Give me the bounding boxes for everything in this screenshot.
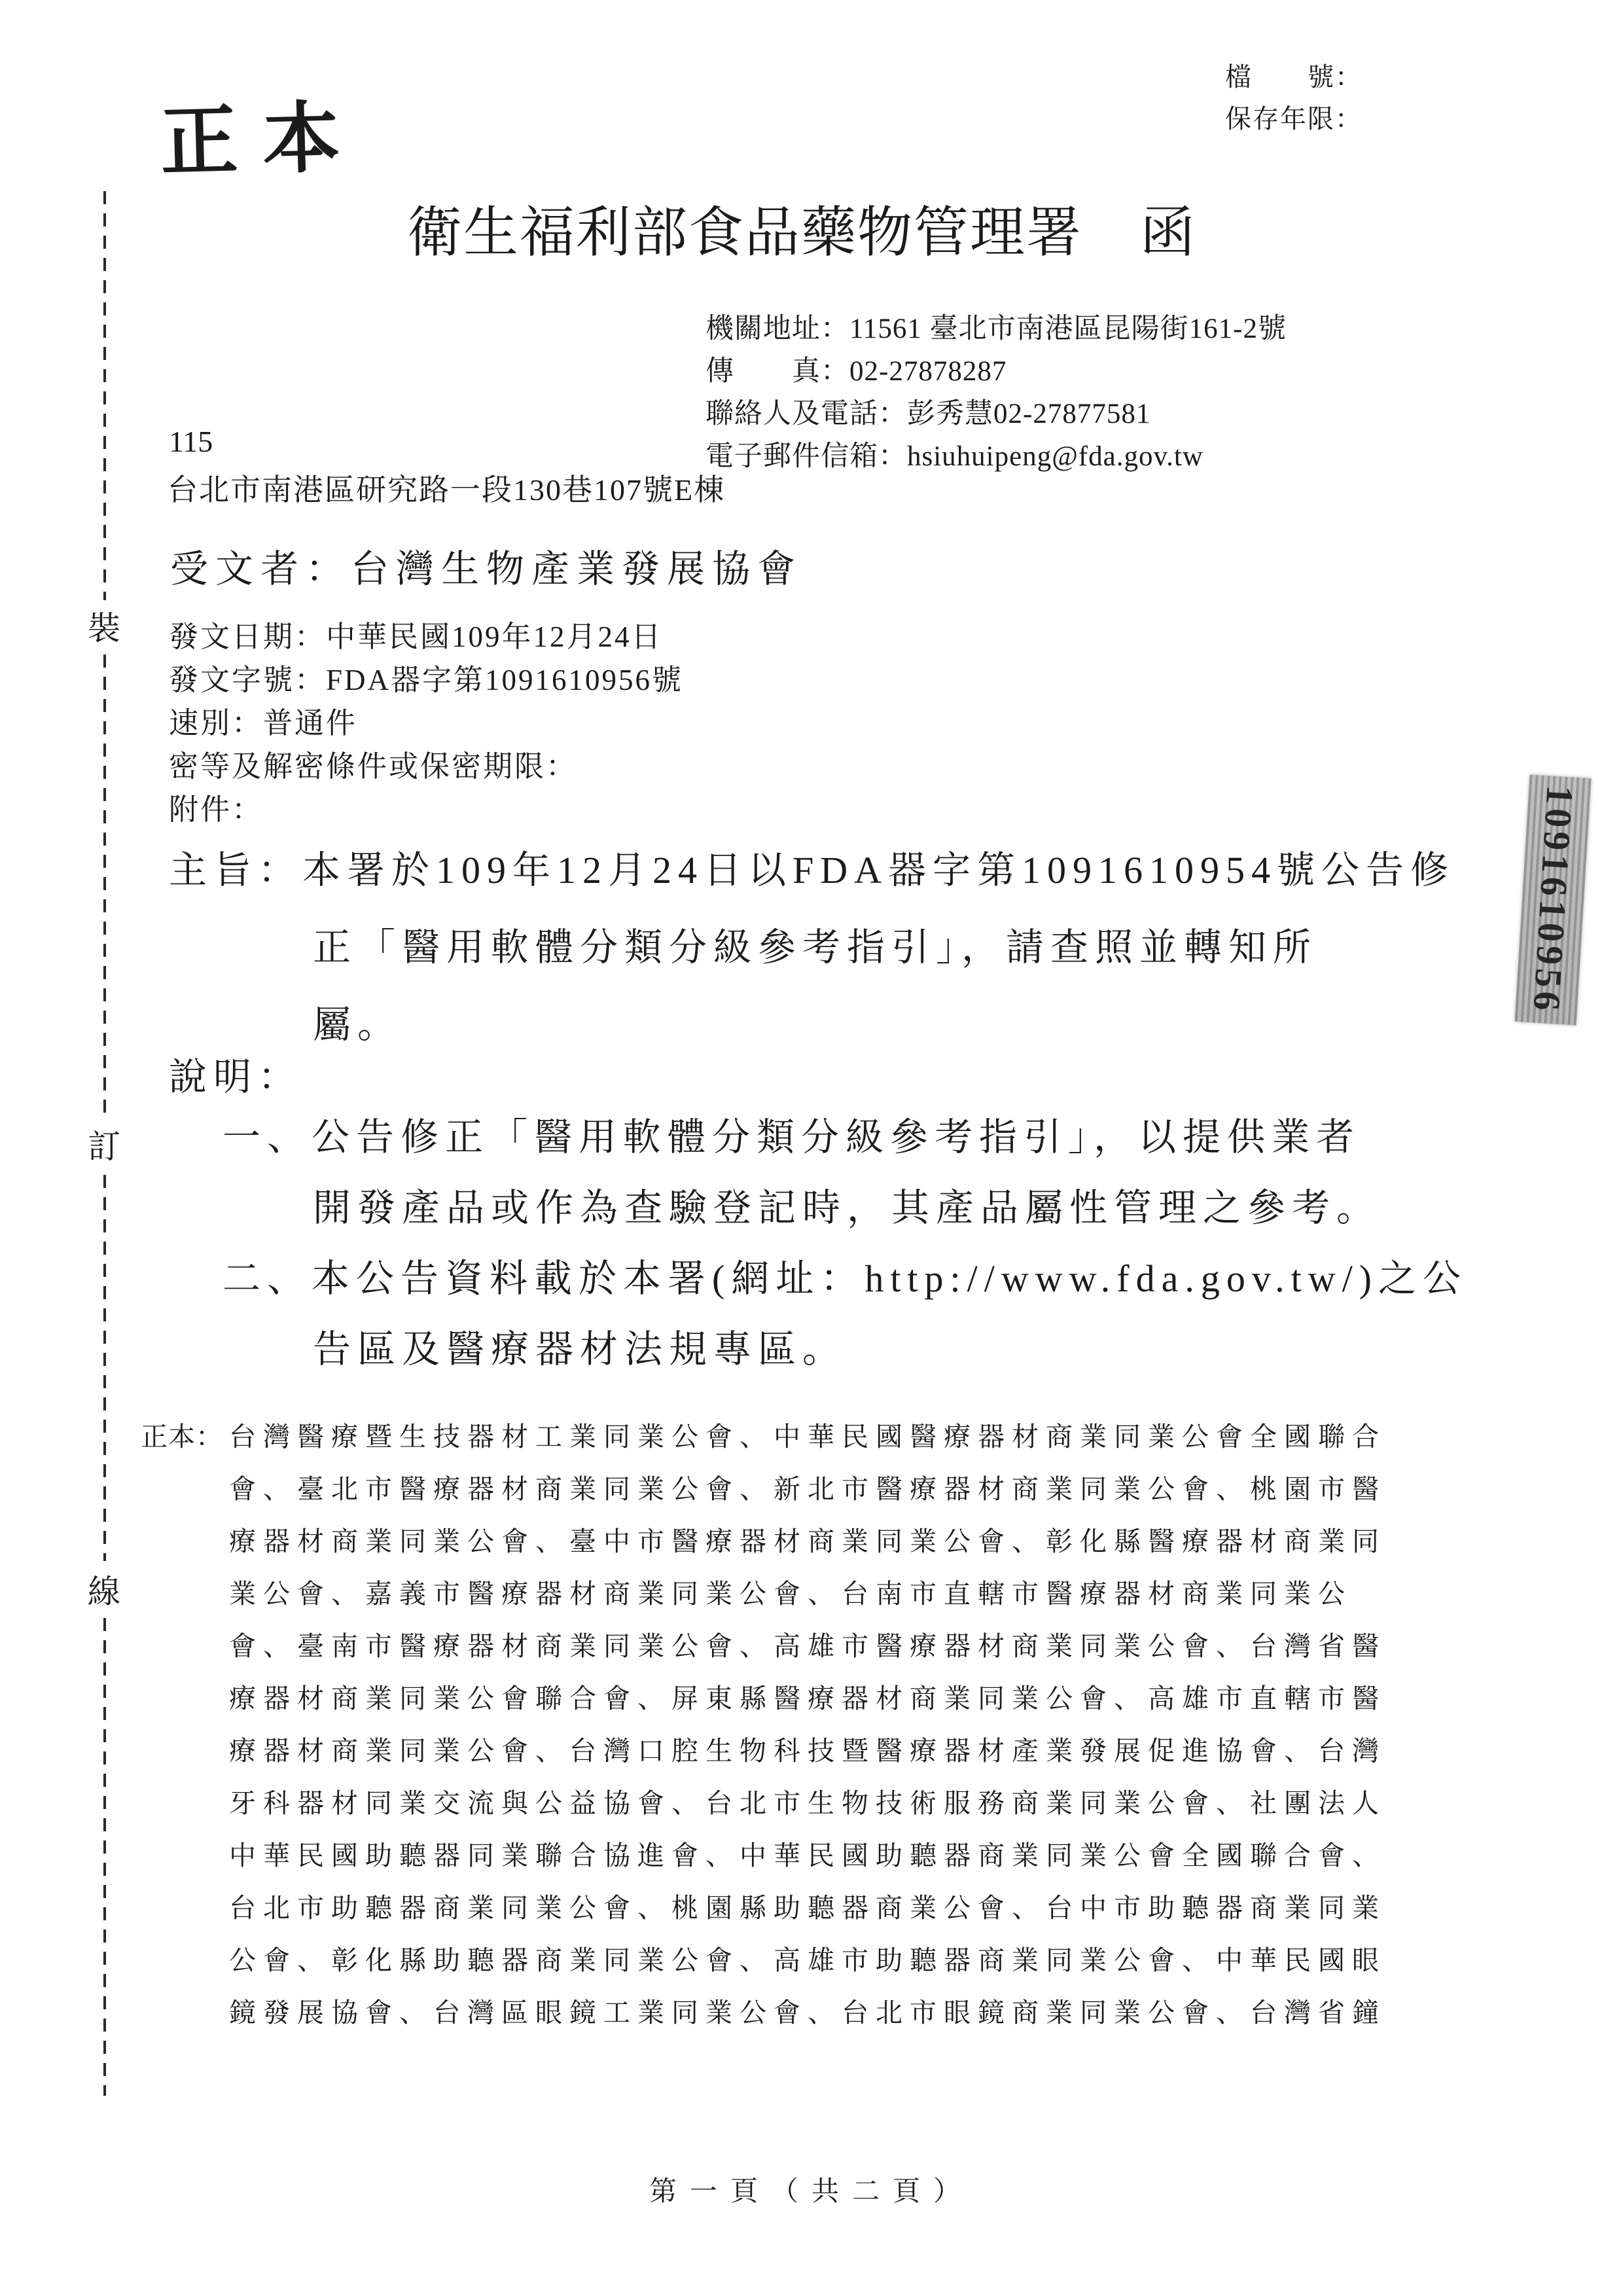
recipient-street-address: 台北市南港區研究路一段130巷107號E棟 — [168, 466, 725, 509]
agency-email-line: 電子郵件信箱：hsiuhuipeng@fda.gov.tw — [705, 434, 1204, 474]
description-heading: 說明： — [169, 1046, 302, 1101]
distribution-line-12: 鏡發展協會、台灣區眼鏡工業同業公會、台北市眼鏡商業同業公會、台灣省鐘 — [229, 1991, 1386, 2030]
distribution-line-4: 業公會、嘉義市醫療器材商業同業公會、台南市直轄市醫療器材商業同業公 — [229, 1572, 1352, 1611]
distribution-line-1: 台灣醫療暨生技器材工業同業公會、中華民國醫療器材商業同業公會全國聯合 — [229, 1415, 1386, 1454]
description-item2-line2: 告區及醫療器材法規專區。 — [313, 1318, 847, 1373]
issuing-agency-name: 衛生福利部食品藥物管理署 — [407, 203, 1082, 264]
agency-fax-line: 傳 真：02-27878287 — [705, 349, 1007, 389]
description-item1-line2: 開發產品或作為查驗登記時，其產品屬性管理之參考。 — [313, 1177, 1381, 1232]
description-item1-line1: 一、公告修正「醫用軟體分類分級參考指引」，以提供業者 — [223, 1106, 1361, 1161]
distribution-line-10: 台北市助聽器商業同業公會、桃園縣助聽器商業公會、台中市助聽器商業同業 — [229, 1886, 1386, 1925]
subject-line-2: 正「醫用軟體分類分級參考指引」，請查照並轉知所 — [313, 916, 1317, 971]
priority-line: 速別：普通件 — [169, 699, 357, 742]
distribution-line-6: 療器材商業同業公會聯合會、屏東縣醫療器材商業同業公會、高雄市直轄市醫 — [229, 1677, 1386, 1715]
document-type-label: 函 — [1140, 203, 1196, 264]
binding-char-ding: 訂 — [88, 1121, 120, 1168]
page-footer: 第一頁（共二頁） — [0, 2170, 1623, 2209]
binding-dash-segment-4 — [103, 1618, 106, 2096]
document-title: 衛生福利部食品藥物管理署函 — [407, 188, 1196, 268]
subject-label: 主旨： — [169, 839, 302, 894]
subject-line-1: 本署於109年12月24日以FDA器字第1091610954號公告修 — [302, 839, 1455, 894]
document-page: 正本 檔 號： 保存年限： 衛生福利部食品藥物管理署函 機關地址：11561 臺… — [0, 0, 1623, 2296]
attachment-line: 附件： — [169, 785, 263, 828]
recipient-line: 受文者：台灣生物產業發展協會 — [170, 538, 802, 593]
registration-number-stamp: 1091610956 — [1515, 774, 1592, 1025]
subject-line-3: 屬。 — [313, 994, 402, 1049]
distribution-line-9: 中華民國助聽器同業聯合協進會、中華民國助聽器商業同業公會全國聯合會、 — [229, 1834, 1386, 1873]
distribution-line-7: 療器材商業同業公會、台灣口腔生物科技暨醫療器材產業發展促進協會、台灣 — [229, 1729, 1386, 1768]
binding-char-xian: 線 — [88, 1566, 120, 1613]
distribution-label: 正本： — [141, 1415, 223, 1454]
issue-date-line: 發文日期：中華民國109年12月24日 — [169, 613, 663, 655]
copy-type-stamp: 正本 — [159, 75, 366, 191]
distribution-line-11: 公會、彰化縣助聽器商業同業公會、高雄市助聽器商業同業公會、中華民國眼 — [229, 1939, 1386, 1977]
binding-dash-segment-3 — [103, 1175, 106, 1561]
recipient-zip-code: 115 — [169, 424, 213, 459]
distribution-line-5: 會、臺南市醫療器材商業同業公會、高雄市醫療器材商業同業公會、台灣省醫 — [229, 1624, 1386, 1663]
description-item2-line1: 二、本公告資料載於本署(網址：http://www.fda.gov.tw/)之公 — [223, 1247, 1467, 1302]
distribution-line-8: 牙科器材同業交流與公益協會、台北市生物技術服務商業同業公會、社團法人 — [229, 1782, 1386, 1820]
stamp-number: 1091610956 — [1515, 774, 1592, 1025]
issue-number-line: 發文字號：FDA器字第1091610956號 — [169, 656, 683, 698]
binding-dash-segment-2 — [103, 655, 106, 1116]
file-number-label: 檔 號： — [1225, 56, 1363, 94]
classification-line: 密等及解密條件或保密期限： — [169, 742, 577, 785]
agency-contact-person-line: 聯絡人及電話：彭秀慧02-27877581 — [705, 391, 1150, 431]
agency-address-line: 機關地址：11561 臺北市南港區昆陽街161-2號 — [705, 306, 1287, 346]
distribution-line-2: 會、臺北市醫療器材商業同業公會、新北市醫療器材商業同業公會、桃園市醫 — [229, 1467, 1386, 1506]
binding-dash-segment-1 — [103, 191, 106, 600]
binding-char-zhuang: 裝 — [88, 602, 120, 649]
distribution-line-3: 療器材商業同業公會、臺中市醫療器材商業同業公會、彰化縣醫療器材商業同 — [229, 1520, 1386, 1558]
retention-period-label: 保存年限： — [1225, 98, 1363, 135]
